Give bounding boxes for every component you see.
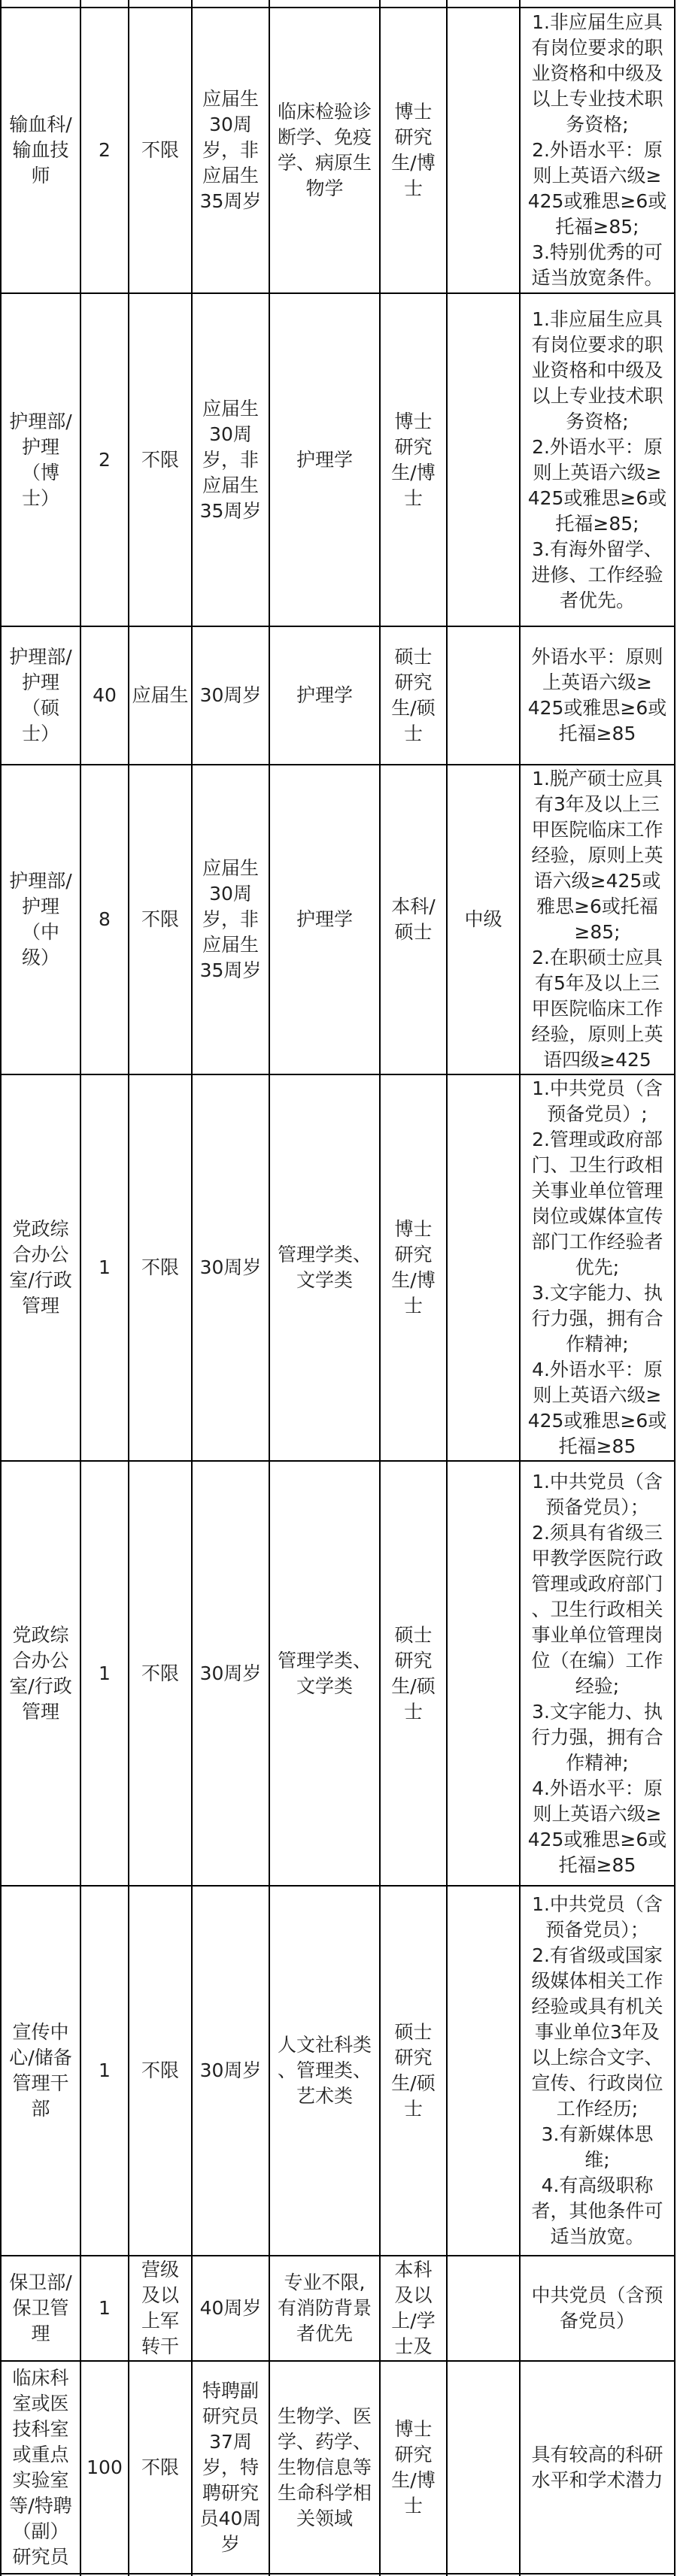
recruitment-table: 输血科/ 输血技 师 2 不限 应届生 30周 岁，非 应届生 35周岁 临床检… xyxy=(0,0,675,2576)
partial-cell xyxy=(447,0,520,8)
major-cell: 护理学 xyxy=(269,765,380,1074)
candidate-type-cell: 不限 xyxy=(129,1074,192,1461)
age-limit-cell: 30周岁 xyxy=(192,626,269,765)
requirements-cell: 1.非应届生应具 有岗位要求的职 业资格和中级及 以上专业技术职 务资格; 2.… xyxy=(520,293,675,626)
partial-cell xyxy=(1,0,80,8)
title-cell xyxy=(447,626,520,765)
headcount-cell: 2 xyxy=(80,8,129,293)
position-cell: 临床科 室或医 技科室 或重点 实验室 等/特聘 （副） 研究员 xyxy=(1,2361,80,2574)
headcount-cell: 1 xyxy=(80,1886,129,2256)
major-cell: 管理学类、 文学类 xyxy=(269,1461,380,1886)
requirements-cell: 1.脱产硕士应具 有3年及以上三 甲医院临床工作 经验，原则上英 语六级≥425… xyxy=(520,765,675,1074)
headcount-cell: 8 xyxy=(80,765,129,1074)
requirements-cell: 中共党员（含预 备党员） xyxy=(520,2256,675,2361)
table-row: 护理部/ 护理 （博 士） 2 不限 应届生 30周 岁，非 应届生 35周岁 … xyxy=(1,293,675,626)
partial-cell xyxy=(129,0,192,8)
degree-cell: 硕士 研究 生/硕 士 xyxy=(380,1886,447,2256)
degree-cell: 博士 研究 生/博 士 xyxy=(380,8,447,293)
position-cell: 保卫部/ 保卫管 理 xyxy=(1,2256,80,2361)
table-row: 临床科 室或医 技科室 或重点 实验室 等/特聘 （副） 研究员 100 不限 … xyxy=(1,2361,675,2574)
major-cell: 生物学、医 学、药学、 生物信息等 生命科学相 关领域 xyxy=(269,2361,380,2574)
requirements-cell: 外语水平：原则 上英语六级≥ 425或雅思≥6或 托福≥85 xyxy=(520,626,675,765)
headcount-cell: 40 xyxy=(80,626,129,765)
major-cell: 护理学 xyxy=(269,626,380,765)
partial-cell xyxy=(80,0,129,8)
partial-cell xyxy=(380,0,447,8)
age-limit-cell: 30周岁 xyxy=(192,1886,269,2256)
major-cell: 护理学 xyxy=(269,293,380,626)
table-row: 党政综 合办公 室/行政 管理 1 不限 30周岁 管理学类、 文学类 博士 研… xyxy=(1,1074,675,1461)
position-cell: 党政综 合办公 室/行政 管理 xyxy=(1,1074,80,1461)
requirements-cell: 1.中共党员（含 预备党员）； 2.须具有省级三 甲教学医院行政 管理或政府部门… xyxy=(520,1461,675,1886)
candidate-type-cell: 不限 xyxy=(129,1461,192,1886)
title-cell xyxy=(447,8,520,293)
position-cell: 输血科/ 输血技 师 xyxy=(1,8,80,293)
title-cell xyxy=(447,2256,520,2361)
table-row: 输血科/ 输血技 师 2 不限 应届生 30周 岁，非 应届生 35周岁 临床检… xyxy=(1,8,675,293)
candidate-type-cell: 不限 xyxy=(129,2361,192,2574)
age-limit-cell: 30周岁 xyxy=(192,1461,269,1886)
candidate-type-cell: 不限 xyxy=(129,8,192,293)
candidate-type-cell: 不限 xyxy=(129,293,192,626)
position-cell: 党政综 合办公 室/行政 管理 xyxy=(1,1461,80,1886)
age-limit-cell: 应届生 30周 岁，非 应届生 35周岁 xyxy=(192,293,269,626)
major-cell: 临床检验诊 断学、免疫 学、病原生 物学 xyxy=(269,8,380,293)
table-row: 党政综 合办公 室/行政 管理 1 不限 30周岁 管理学类、 文学类 硕士 研… xyxy=(1,1461,675,1886)
position-cell: 护理部/ 护理 （博 士） xyxy=(1,293,80,626)
title-cell xyxy=(447,1461,520,1886)
age-limit-cell: 特聘副 研究员 37周 岁，特 聘研究 员40周 岁 xyxy=(192,2361,269,2574)
age-limit-cell: 40周岁 xyxy=(192,2256,269,2361)
requirements-cell: 1.中共党员（含 预备党员）； 2.有省级或国家 级媒体相关工作 经验或具有机关… xyxy=(520,1886,675,2256)
degree-cell: 博士 研究 生/博 士 xyxy=(380,1074,447,1461)
headcount-cell: 2 xyxy=(80,293,129,626)
major-cell: 人文社科类 、管理类、 艺术类 xyxy=(269,1886,380,2256)
title-cell xyxy=(447,2361,520,2574)
candidate-type-cell: 应届生 xyxy=(129,626,192,765)
headcount-cell: 1 xyxy=(80,1461,129,1886)
age-limit-cell: 应届生 30周 岁，非 应届生 35周岁 xyxy=(192,765,269,1074)
degree-cell: 硕士 研究 生/硕 士 xyxy=(380,626,447,765)
table-row: 护理部/ 护理 （硕 士） 40 应届生 30周岁 护理学 硕士 研究 生/硕 … xyxy=(1,626,675,765)
table-row: 保卫部/ 保卫管 理 1 营级 及以 上军 转干 40周岁 专业不限, 有消防背… xyxy=(1,2256,675,2361)
partial-cell xyxy=(520,0,675,8)
candidate-type-cell: 不限 xyxy=(129,1886,192,2256)
age-limit-cell: 30周岁 xyxy=(192,1074,269,1461)
headcount-cell: 100 xyxy=(80,2361,129,2574)
age-limit-cell: 应届生 30周 岁，非 应届生 35周岁 xyxy=(192,8,269,293)
requirements-cell: 1.中共党员（含 预备党员）; 2.管理或政府部 门、卫生行政相 关事业单位管理… xyxy=(520,1074,675,1461)
candidate-type-cell: 不限 xyxy=(129,765,192,1074)
major-cell: 专业不限, 有消防背景 者优先 xyxy=(269,2256,380,2361)
degree-cell: 博士 研究 生/博 士 xyxy=(380,2361,447,2574)
candidate-type-cell: 营级 及以 上军 转干 xyxy=(129,2256,192,2361)
title-cell xyxy=(447,1074,520,1461)
major-cell: 管理学类、 文学类 xyxy=(269,1074,380,1461)
headcount-cell: 1 xyxy=(80,1074,129,1461)
position-cell: 宣传中 心/储备 管理干 部 xyxy=(1,1886,80,2256)
requirements-cell: 1.非应届生应具 有岗位要求的职 业资格和中级及 以上专业技术职 务资格; 2.… xyxy=(520,8,675,293)
degree-cell: 硕士 研究 生/硕 士 xyxy=(380,1461,447,1886)
table-row: 护理部/ 护理 （中 级） 8 不限 应届生 30周 岁，非 应届生 35周岁 … xyxy=(1,765,675,1074)
requirements-cell: 具有较高的科研 水平和学术潜力 xyxy=(520,2361,675,2574)
partial-cell xyxy=(269,0,380,8)
partial-row-top xyxy=(1,0,675,8)
headcount-cell: 1 xyxy=(80,2256,129,2361)
title-cell: 中级 xyxy=(447,765,520,1074)
title-cell xyxy=(447,293,520,626)
title-cell xyxy=(447,1886,520,2256)
degree-cell: 博士 研究 生/博 士 xyxy=(380,293,447,626)
partial-cell xyxy=(192,0,269,8)
degree-cell: 本科 及以 上/学 士及 xyxy=(380,2256,447,2361)
degree-cell: 本科/ 硕士 xyxy=(380,765,447,1074)
position-cell: 护理部/ 护理 （中 级） xyxy=(1,765,80,1074)
table-row: 宣传中 心/储备 管理干 部 1 不限 30周岁 人文社科类 、管理类、 艺术类… xyxy=(1,1886,675,2256)
page: 输血科/ 输血技 师 2 不限 应届生 30周 岁，非 应届生 35周岁 临床检… xyxy=(0,0,677,2576)
position-cell: 护理部/ 护理 （硕 士） xyxy=(1,626,80,765)
